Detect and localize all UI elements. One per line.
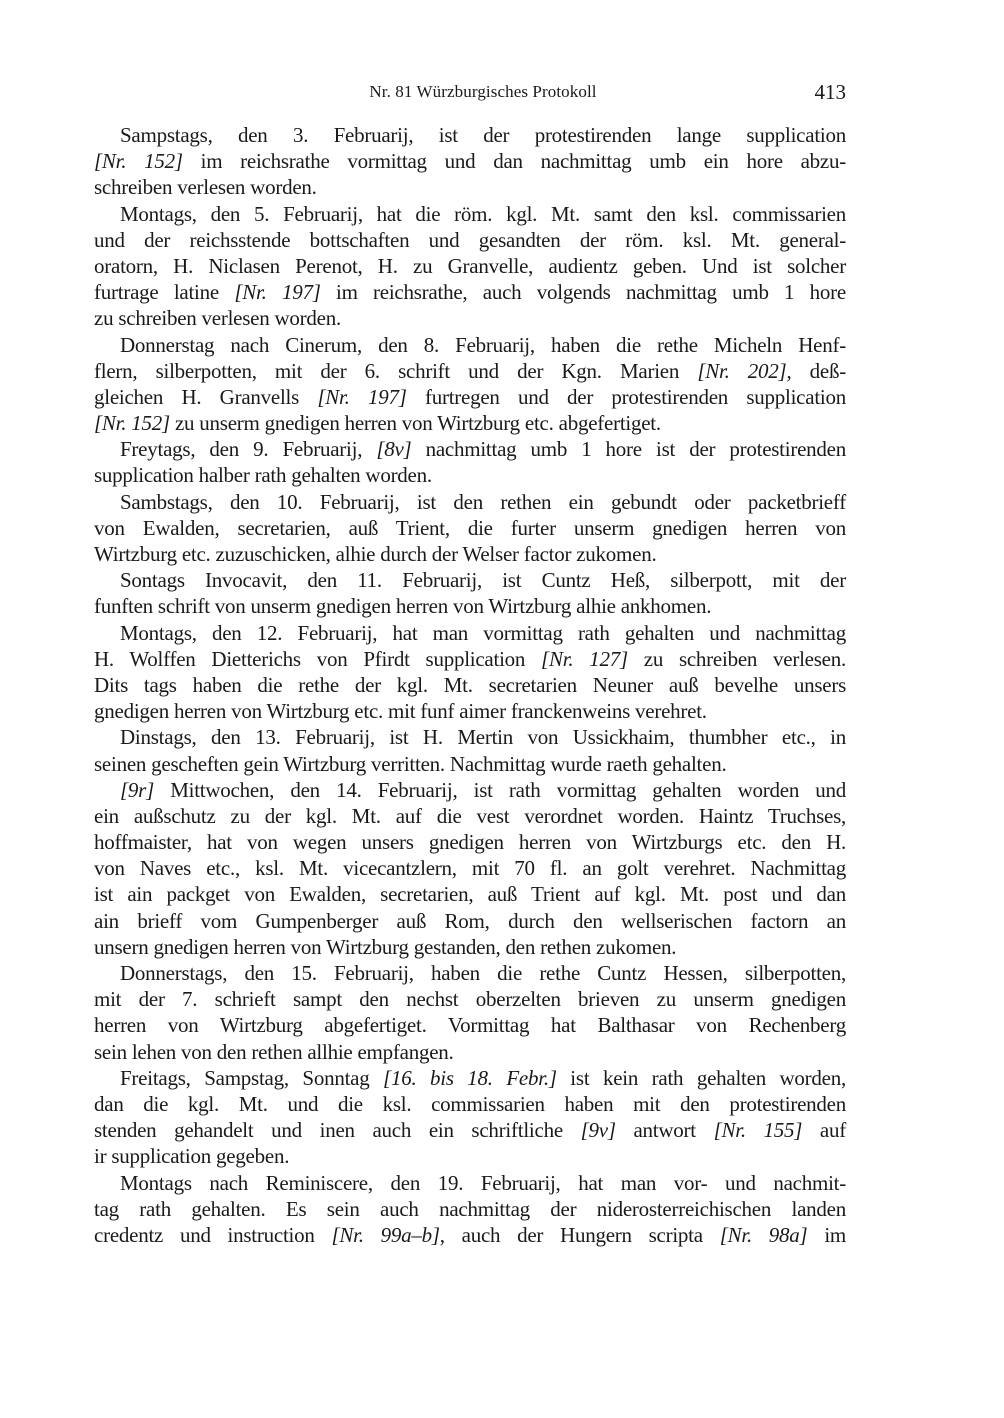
text-line: Montags, den 5. Februarij, hat die röm. … (94, 201, 846, 227)
paragraph: Dinstags, den 13. Februarij, ist H. Mert… (94, 724, 846, 776)
editorial-reference: [Nr. 98a] (720, 1223, 808, 1247)
text-segment: Montags, den 5. Februarij, hat die röm. … (120, 202, 846, 226)
text-segment: stenden gehandelt und inen auch ein schr… (94, 1118, 581, 1142)
text-segment: , deß- (786, 359, 846, 383)
text-line: Sampstags, den 3. Februarij, ist der pro… (94, 122, 846, 148)
text-segment: zu schreiben verlesen. (628, 647, 846, 671)
text-line: dan die kgl. Mt. und die ksl. commissari… (94, 1091, 846, 1117)
paragraph: Freitags, Sampstag, Sonntag [16. bis 18.… (94, 1065, 846, 1170)
text-segment: H. Wolffen Dietterichs von Pfirdt suppli… (94, 647, 541, 671)
text-line: oratorn, H. Niclasen Perenot, H. zu Gran… (94, 253, 846, 279)
text-line: herren von Wirtzburg abgefertiget. Vormi… (94, 1012, 846, 1038)
text-line: mit der 7. schrieft sampt den nechst obe… (94, 986, 846, 1012)
text-line: ir supplication gegeben. (94, 1143, 846, 1169)
text-segment: auf (802, 1118, 846, 1142)
text-segment: im reichsrathe vormittag und dan nachmit… (183, 149, 846, 173)
editorial-reference: [Nr. 99a–b] (331, 1223, 439, 1247)
paragraph: Montags, den 12. Februarij, hat man vorm… (94, 620, 846, 725)
paragraph: Sampstags, den 3. Februarij, ist der pro… (94, 122, 846, 201)
text-line: Sambstags, den 10. Februarij, ist den re… (94, 489, 846, 515)
text-segment: antwort (616, 1118, 714, 1142)
text-segment: credentz und instruction (94, 1223, 331, 1247)
text-line: supplication halber rath gehalten worden… (94, 462, 846, 488)
text-line: H. Wolffen Dietterichs von Pfirdt suppli… (94, 646, 846, 672)
editorial-reference: [Nr. 155] (714, 1118, 803, 1142)
paragraph: Montags nach Reminiscere, den 19. Februa… (94, 1170, 846, 1249)
text-segment: Sontags Invocavit, den 11. Februarij, is… (120, 568, 846, 592)
text-segment: ain brieff vom Gumpenberger auß Rom, dur… (94, 909, 846, 933)
text-segment: mit der 7. schrieft sampt den nechst obe… (94, 987, 846, 1011)
text-line: sein lehen von den rethen allhie empfang… (94, 1039, 846, 1065)
text-line: [9r] Mittwochen, den 14. Februarij, ist … (94, 777, 846, 803)
text-segment: im (807, 1223, 846, 1247)
editorial-reference: [Nr. 202] (697, 359, 786, 383)
document-body: Sampstags, den 3. Februarij, ist der pro… (94, 122, 846, 1248)
editorial-reference: [16. bis 18. Febr.] (383, 1066, 557, 1090)
text-line: [Nr. 152] zu unserm gnedigen herren von … (94, 410, 846, 436)
text-segment: zu unserm gnedigen herren von Wirtzburg … (170, 411, 661, 435)
text-segment: dan die kgl. Mt. und die ksl. commissari… (94, 1092, 846, 1116)
text-line: [Nr. 152] im reichsrathe vormittag und d… (94, 148, 846, 174)
text-line: gnedigen herren von Wirtzburg etc. mit f… (94, 698, 846, 724)
editorial-reference: [Nr. 152] (94, 411, 170, 435)
text-line: von Ewalden, secretarien, auß Trient, di… (94, 515, 846, 541)
editorial-reference: [9v] (581, 1118, 616, 1142)
text-segment: Montags nach Reminiscere, den 19. Februa… (120, 1171, 846, 1195)
text-line: schreiben verlesen worden. (94, 174, 846, 200)
paragraph: Sambstags, den 10. Februarij, ist den re… (94, 489, 846, 568)
text-line: zu schreiben verlesen worden. (94, 305, 846, 331)
running-title: Nr. 81 Würzburgisches Protokoll (120, 82, 846, 102)
text-segment: furtregen und der protestirenden supplic… (407, 385, 846, 409)
text-line: und der reichsstende bottschaften und ge… (94, 227, 846, 253)
text-segment: Dits tags haben die rethe der kgl. Mt. s… (94, 673, 846, 697)
text-line: funften schrift von unserm gnedigen herr… (94, 593, 846, 619)
text-segment: ir supplication gegeben. (94, 1144, 289, 1168)
text-line: flern, silberpotten, mit der 6. schrift … (94, 358, 846, 384)
text-line: tag rath gehalten. Es sein auch nachmitt… (94, 1196, 846, 1222)
text-segment: , auch der Hungern scripta (440, 1223, 720, 1247)
text-line: Montags, den 12. Februarij, hat man vorm… (94, 620, 846, 646)
text-segment: sein lehen von den rethen allhie empfang… (94, 1040, 454, 1064)
page-header: Nr. 81 Würzburgisches Protokoll 413 (120, 80, 846, 108)
text-segment: gnedigen herren von Wirtzburg etc. mit f… (94, 699, 707, 723)
text-segment: oratorn, H. Niclasen Perenot, H. zu Gran… (94, 254, 846, 278)
paragraph: [9r] Mittwochen, den 14. Februarij, ist … (94, 777, 846, 960)
text-line: von Naves etc., ksl. Mt. vicecantzlern, … (94, 855, 846, 881)
page-number: 413 (815, 80, 847, 105)
text-segment: Mittwochen, den 14. Februarij, ist rath … (154, 778, 846, 802)
text-line: stenden gehandelt und inen auch ein schr… (94, 1117, 846, 1143)
text-segment: herren von Wirtzburg abgefertiget. Vormi… (94, 1013, 846, 1037)
text-segment: ist ain packget von Ewalden, secretarien… (94, 882, 846, 906)
text-segment: Sambstags, den 10. Februarij, ist den re… (120, 490, 846, 514)
text-line: Donnerstags, den 15. Februarij, haben di… (94, 960, 846, 986)
text-segment: schreiben verlesen worden. (94, 175, 317, 199)
text-segment: gleichen H. Granvells (94, 385, 317, 409)
text-line: seinen gescheften gein Wirtzburg verritt… (94, 751, 846, 777)
text-segment: von Naves etc., ksl. Mt. vicecantzlern, … (94, 856, 846, 880)
text-segment: ist kein rath gehalten worden, (557, 1066, 846, 1090)
editorial-reference: [Nr. 152] (94, 149, 183, 173)
text-line: Donnerstag nach Cinerum, den 8. Februari… (94, 332, 846, 358)
editorial-reference: [9r] (120, 778, 154, 802)
text-segment: Freytags, den 9. Februarij, (120, 437, 376, 461)
text-segment: supplication halber rath gehalten worden… (94, 463, 432, 487)
text-segment: und der reichsstende bottschaften und ge… (94, 228, 846, 252)
text-segment: funften schrift von unserm gnedigen herr… (94, 594, 711, 618)
text-line: Wirtzburg etc. zuzuschicken, alhie durch… (94, 541, 846, 567)
text-segment: tag rath gehalten. Es sein auch nachmitt… (94, 1197, 846, 1221)
editorial-reference: [Nr. 197] (317, 385, 406, 409)
text-line: Freytags, den 9. Februarij, [8v] nachmit… (94, 436, 846, 462)
editorial-reference: [Nr. 127] (541, 647, 628, 671)
text-segment: Freitags, Sampstag, Sonntag (120, 1066, 383, 1090)
paragraph: Freytags, den 9. Februarij, [8v] nachmit… (94, 436, 846, 488)
text-segment: nachmittag umb 1 hore ist der protestire… (411, 437, 846, 461)
text-segment: Donnerstags, den 15. Februarij, haben di… (120, 961, 846, 985)
text-segment: Dinstags, den 13. Februarij, ist H. Mert… (120, 725, 846, 749)
paragraph: Montags, den 5. Februarij, hat die röm. … (94, 201, 846, 332)
text-line: ain brieff vom Gumpenberger auß Rom, dur… (94, 908, 846, 934)
text-segment: hoffmaister, hat von wegen unsers gnedig… (94, 830, 846, 854)
text-segment: Wirtzburg etc. zuzuschicken, alhie durch… (94, 542, 656, 566)
text-line: Sontags Invocavit, den 11. Februarij, is… (94, 567, 846, 593)
text-segment: von Ewalden, secretarien, auß Trient, di… (94, 516, 846, 540)
text-line: ein außschutz zu der kgl. Mt. auf die ve… (94, 803, 846, 829)
text-segment: furtrage latine (94, 280, 234, 304)
paragraph: Sontags Invocavit, den 11. Februarij, is… (94, 567, 846, 619)
text-line: Freitags, Sampstag, Sonntag [16. bis 18.… (94, 1065, 846, 1091)
text-line: Dinstags, den 13. Februarij, ist H. Mert… (94, 724, 846, 750)
text-segment: Sampstags, den 3. Februarij, ist der pro… (120, 123, 846, 147)
text-line: ist ain packget von Ewalden, secretarien… (94, 881, 846, 907)
paragraph: Donnerstag nach Cinerum, den 8. Februari… (94, 332, 846, 437)
text-line: unsern gnedigen herren von Wirtzburg ges… (94, 934, 846, 960)
text-segment: flern, silberpotten, mit der 6. schrift … (94, 359, 697, 383)
text-line: Dits tags haben die rethe der kgl. Mt. s… (94, 672, 846, 698)
editorial-reference: [Nr. 197] (234, 280, 320, 304)
text-line: hoffmaister, hat von wegen unsers gnedig… (94, 829, 846, 855)
text-line: furtrage latine [Nr. 197] im reichsrathe… (94, 279, 846, 305)
text-segment: Donnerstag nach Cinerum, den 8. Februari… (120, 333, 846, 357)
text-segment: Montags, den 12. Februarij, hat man vorm… (120, 621, 846, 645)
text-line: gleichen H. Granvells [Nr. 197] furtrege… (94, 384, 846, 410)
text-line: Montags nach Reminiscere, den 19. Februa… (94, 1170, 846, 1196)
text-segment: ein außschutz zu der kgl. Mt. auf die ve… (94, 804, 846, 828)
text-segment: unsern gnedigen herren von Wirtzburg ges… (94, 935, 676, 959)
text-segment: seinen gescheften gein Wirtzburg verritt… (94, 752, 726, 776)
text-line: credentz und instruction [Nr. 99a–b], au… (94, 1222, 846, 1248)
text-segment: im reichsrathe, auch volgends nachmittag… (321, 280, 846, 304)
editorial-reference: [8v] (376, 437, 411, 461)
text-segment: zu schreiben verlesen worden. (94, 306, 341, 330)
paragraph: Donnerstags, den 15. Februarij, haben di… (94, 960, 846, 1065)
